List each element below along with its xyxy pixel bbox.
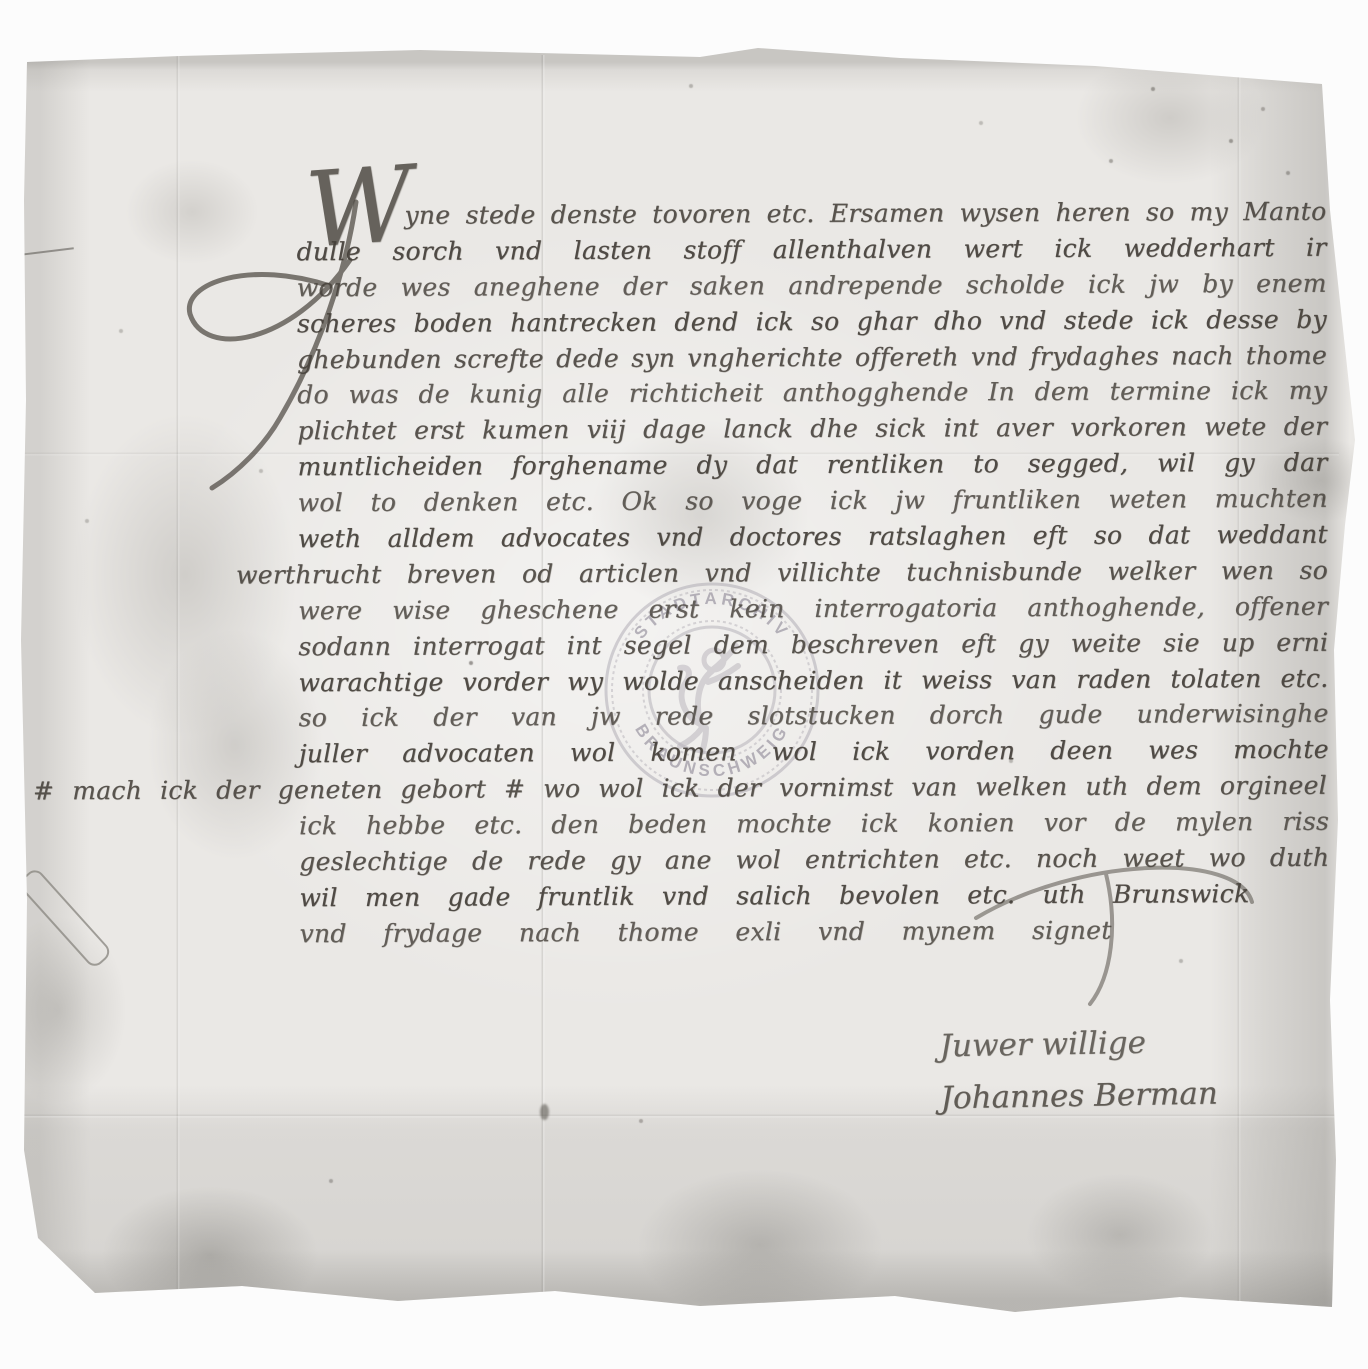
stray-pen-stroke (0, 247, 74, 258)
manuscript-line: were wise gheschene erst kein interrogat… (298, 589, 1328, 629)
manuscript-line: wil men gade fruntlik vnd salich bevolen… (299, 876, 1249, 916)
manuscript-line: vnd frydage nach thome exli vnd mynem si… (299, 913, 1111, 952)
manuscript-line: yne stede denste tovoren etc. Ersamen wy… (296, 194, 1326, 234)
manuscript-line: muntlicheiden forghename dy dat rentlike… (297, 445, 1327, 485)
manuscript-line: worde wes aneghene der saken andrepende … (297, 266, 1327, 306)
paper-specks (0, 0, 2, 2)
manuscript-line: warachtige vorder wy wolde anscheiden it… (298, 660, 1328, 700)
manuscript-line: werthrucht breven od articlen vnd villic… (236, 553, 1328, 594)
manuscript-line: so ick der van jw rede slotstucken dorch… (299, 696, 1329, 736)
manuscript-line: ghebunden screfte dede syn vngherichte o… (297, 337, 1327, 377)
manuscript-line: geslechtige de rede gy ane wol entrichte… (299, 840, 1329, 880)
seal-slit (16, 866, 113, 970)
fold-wear-spot (540, 1104, 549, 1120)
ink-blot (0, 868, 20, 898)
ink-blot (0, 958, 16, 980)
signature-line-name: Johannes Berman (940, 1076, 1218, 1117)
fold-crease-horizontal-bottom (24, 1114, 1339, 1118)
signature-line-valediction: Juwer willige (939, 1024, 1217, 1065)
manuscript-line: do was de kunig alle richticheit anthogg… (297, 373, 1327, 413)
manuscript-line: dulle sorch vnd lasten stoff allenthalve… (297, 230, 1327, 270)
manuscript-line: wol to denken etc. Ok so voge ick jw fru… (298, 481, 1328, 521)
manuscript-line: scheres boden hantrecken dend ick so gha… (297, 301, 1327, 341)
manuscript-line: weth alldem advocates vnd doctores ratsl… (298, 517, 1328, 557)
manuscript-line: juller advocaten wol komen wol ick vorde… (299, 732, 1329, 772)
manuscript-line-with-margin-insertion: # mach ick der geneten gebort # wo wol i… (33, 768, 1327, 810)
manuscript-line: sodann interrogat int segel dem beschrev… (298, 624, 1328, 664)
manuscript-line: ick hebbe etc. den beden mochte ick koni… (299, 804, 1329, 844)
ink-blot (0, 912, 18, 946)
manuscript-line: plichtet erst kumen viij dage lanck dhe … (297, 409, 1327, 449)
signature-block: Juwer willige Johannes Berman (939, 1024, 1218, 1117)
letter-body: yne stede denste tovoren etc. Ersamen wy… (296, 194, 1329, 952)
paper-sheet: STADTARCHIV BRAUNSCHWEIG W yne stede den (0, 0, 1368, 1369)
